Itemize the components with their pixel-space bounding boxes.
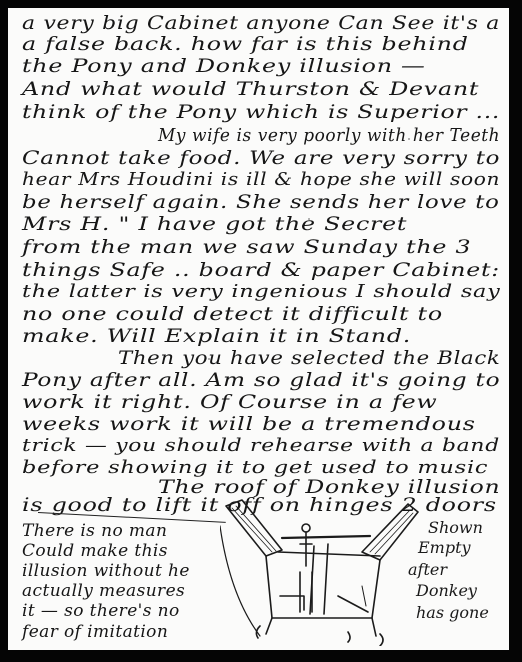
letter-line: the Pony and Donkey illusion — bbox=[22, 55, 426, 77]
letter-line: the latter is very ingenious I should sa… bbox=[22, 281, 500, 302]
sketch-caption-line: Shown bbox=[428, 518, 483, 537]
letter-line: Then you have selected the Black bbox=[118, 347, 500, 369]
side-note-line: it — so there's no bbox=[22, 601, 180, 621]
sketch-caption-line: has gone bbox=[416, 603, 489, 622]
side-note-line: illusion without he bbox=[22, 561, 190, 581]
letter-line: make. Will Explain it in Stand. bbox=[22, 325, 411, 347]
letter-line: think of the Pony which is Superior ... bbox=[22, 101, 500, 123]
letter-line: from the man we saw Sunday the 3 bbox=[22, 236, 471, 258]
cabinet-illusion-sketch bbox=[220, 486, 430, 646]
letter-line: weeks work it will be a tremendous bbox=[22, 413, 476, 435]
scan-speck bbox=[408, 138, 410, 140]
letter-line: And what would Thurston & Devant bbox=[22, 78, 479, 100]
letter-line: Pony after all. Am so glad it's going to bbox=[22, 369, 500, 391]
scan-speck bbox=[308, 218, 310, 220]
letter-line: be herself again. She sends her love to bbox=[22, 191, 500, 213]
letter-line: hear Mrs Houdini is ill & hope she will … bbox=[22, 169, 500, 190]
letter-page: a very big Cabinet anyone Can See it's a… bbox=[8, 8, 509, 650]
sketch-caption-line: Donkey bbox=[416, 581, 477, 600]
letter-line: work it right. Of Course in a few bbox=[22, 391, 438, 413]
scan-speck bbox=[208, 358, 210, 360]
letter-line: Mrs H. " I have got the Secret bbox=[22, 213, 407, 235]
side-note-line: Could make this bbox=[22, 541, 168, 561]
side-note-line: There is no man bbox=[22, 521, 167, 541]
letter-line: My wife is very poorly with her Teeth bbox=[158, 125, 500, 146]
letter-line: no one could detect it difficult to bbox=[22, 303, 443, 325]
letter-line: things Safe .. board & paper Cabinet: bbox=[22, 259, 500, 281]
letter-line: a false back. how far is this behind bbox=[22, 33, 469, 55]
letter-line: trick — you should rehearse with a band bbox=[22, 435, 500, 456]
sketch-caption-line: Empty bbox=[418, 538, 471, 557]
scan-speck bbox=[128, 48, 130, 50]
letter-line: a very big Cabinet anyone Can See it's a bbox=[22, 12, 500, 34]
scan-speck bbox=[468, 588, 470, 590]
letter-line: Cannot take food. We are very sorry to bbox=[22, 147, 500, 169]
letter-line: before showing it to get used to music bbox=[22, 457, 488, 478]
side-note-line: fear of imitation bbox=[22, 622, 168, 642]
side-note-line: actually measures bbox=[22, 581, 185, 601]
sketch-caption-line: after bbox=[408, 560, 447, 579]
